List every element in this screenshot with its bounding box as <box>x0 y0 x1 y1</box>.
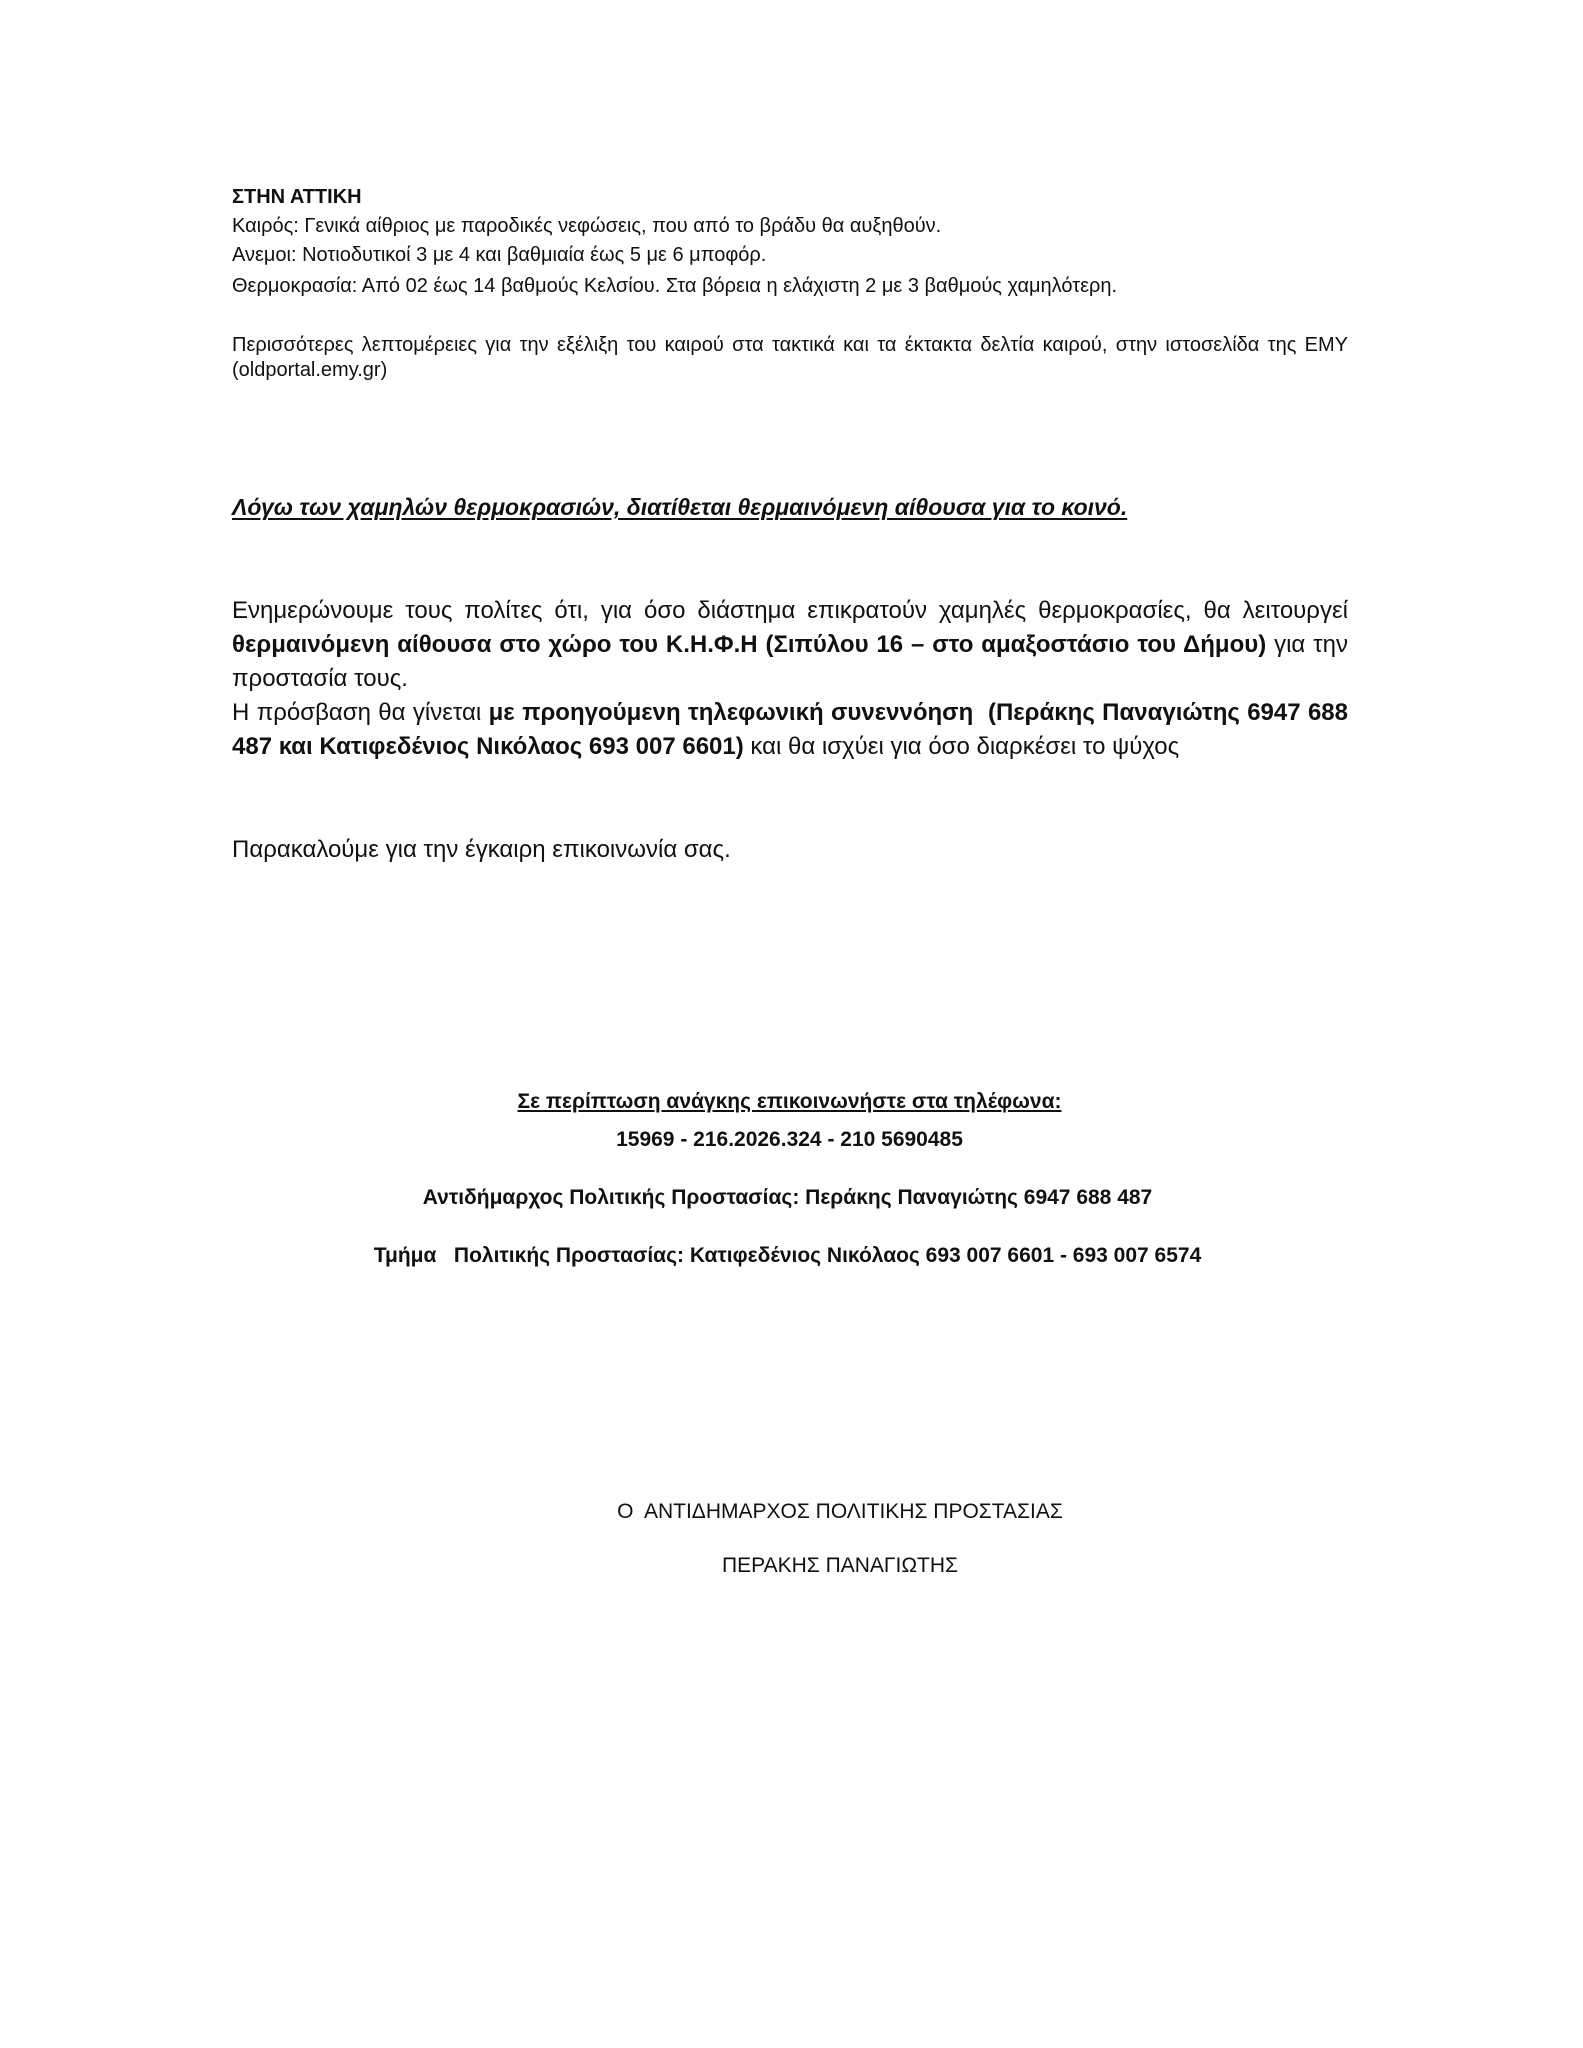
contacts-heading: Σε περίπτωση ανάγκης επικοινωνήστε στα τ… <box>0 1090 1581 1114</box>
department-contact: Τμήμα Πολιτικής Προστασίας: Κατιφεδένιος… <box>0 1244 1579 1268</box>
access-text: και θα ισχύει για όσο διαρκέσει το ψύχος <box>744 733 1179 760</box>
heated-room-location: θερμαινόμενη αίθουσα στο χώρο του Κ.Η.Φ.… <box>232 631 1266 658</box>
closing-remark: Παρακαλούμε για την έγκαιρη επικοινωνία … <box>232 836 731 864</box>
access-text: Η πρόσβαση θα γίνεται <box>232 699 489 726</box>
emergency-phones: 15969 - 216.2026.324 - 210 5690485 <box>0 1128 1581 1152</box>
deputy-mayor-contact: Αντιδήμαρχος Πολιτικής Προστασίας: Περάκ… <box>0 1186 1579 1210</box>
notice-title: Λόγω των χαμηλών θερμοκρασιών, διατίθετα… <box>232 494 1127 521</box>
weather-conditions: Καιρός: Γενικά αίθριος με παροδικές νεφώ… <box>232 215 941 238</box>
signature-title: Ο ΑΝΤΙΔΗΜΑΡΧΟΣ ΠΟΛΙΤΙΚΗΣ ΠΡΟΣΤΑΣΙΑΣ <box>0 1500 1583 1524</box>
notice-body-text: Ενημερώνουμε τους πολίτες ότι, για όσο δ… <box>232 597 1348 624</box>
notice-body: Ενημερώνουμε τους πολίτες ότι, για όσο δ… <box>232 594 1348 764</box>
weather-winds: Ανεμοι: Νοτιοδυτικοί 3 με 4 και βαθμιαία… <box>232 244 766 267</box>
weather-more-info: Περισσότερες λεπτομέρειες για την εξέλιξ… <box>232 333 1348 383</box>
weather-region-heading: ΣΤΗΝ ΑΤΤΙΚΗ <box>232 186 362 209</box>
weather-temperature: Θερμοκρασία: Από 02 έως 14 βαθμούς Κελσί… <box>232 275 1117 298</box>
signature-name: ΠΕΡΑΚΗΣ ΠΑΝΑΓΙΩΤΗΣ <box>0 1554 1583 1578</box>
contacts-heading-text: Σε περίπτωση ανάγκης επικοινωνήστε στα τ… <box>518 1090 1062 1113</box>
